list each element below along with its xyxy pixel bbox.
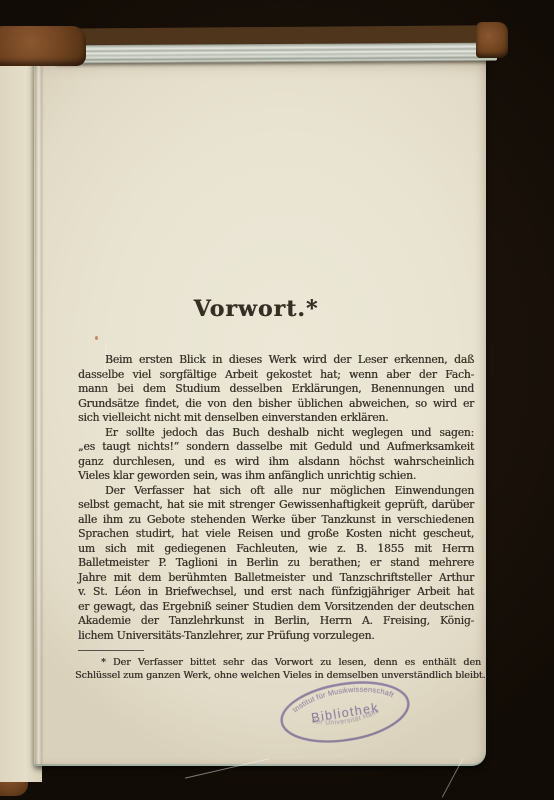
text-line: „es taugt nichts!“ sondern dasselbe mit … <box>78 440 474 455</box>
text-line: er gewagt, das Ergebniß seiner Studien d… <box>78 600 474 615</box>
text-line: * Der Verfasser bittet sehr das Vorwort … <box>75 656 481 669</box>
text-line: Balletmeister P. Taglioni in Berlin zu b… <box>78 556 474 571</box>
text-line: ganz durchlesen, und es wird ihm alsdann… <box>78 455 474 470</box>
footnote: * Der Verfasser bittet sehr das Vorwort … <box>75 656 481 683</box>
text-line: sich vielleicht nicht mit denselben einv… <box>78 411 474 426</box>
text-line: Er sollte jedoch das Buch deshalb nicht … <box>78 426 474 441</box>
text-line: Beim ersten Blick in dieses Werk wird de… <box>78 353 474 368</box>
leather-corner-top-right <box>476 22 508 58</box>
body-text: Beim ersten Blick in dieses Werk wird de… <box>78 353 474 643</box>
book-scan-background: Vorwort.* Beim ersten Blick in dieses We… <box>0 0 554 800</box>
page-title: Vorwort.* <box>34 296 478 322</box>
scratch-mark <box>442 758 464 797</box>
text-line: alle ihm zu Gebote stehenden Werke über … <box>78 513 474 528</box>
page-stack-edge <box>56 43 497 64</box>
library-stamp: Institut für Musikwissenschaft Bibliothe… <box>273 671 417 754</box>
text-line: Schlüssel zum ganzen Werk, ohne welchen … <box>75 669 481 682</box>
paragraph: Er sollte jedoch das Buch deshalb nicht … <box>78 426 474 484</box>
text-line: Der Verfasser hat sich oft alle nur mögl… <box>78 484 474 499</box>
foxing-spot <box>95 336 98 340</box>
text-line: Akademie der Tanzlehrkunst in Berlin, He… <box>78 614 474 629</box>
text-line: lichem Universitäts-Tanzlehrer, zur Prüf… <box>78 629 474 644</box>
page-gutter-crease <box>35 56 44 764</box>
leather-corner-top-left <box>0 26 86 66</box>
footnote-separator <box>78 650 144 651</box>
text-line: selbst gemacht, hat sie mit strenger Gew… <box>78 498 474 513</box>
text-line: Jahre mit dem berühmten Balletmeister un… <box>78 571 474 586</box>
text-line: v. St. Léon in Briefwechsel, und erst na… <box>78 585 474 600</box>
paragraph: Der Verfasser hat sich oft alle nur mögl… <box>78 484 474 644</box>
text-line: um sich mit gediegenen Fachleuten, wie z… <box>78 542 474 557</box>
text-line: Sprachen studirt, hat viele Reisen und g… <box>78 527 474 542</box>
text-line: dasselbe viel sorgfältige Arbeit gekoste… <box>78 368 474 383</box>
paragraph: Beim ersten Blick in dieses Werk wird de… <box>78 353 474 426</box>
text-line: Vieles klar geworden sein, was ihm anfän… <box>78 469 474 484</box>
scratch-mark <box>185 758 269 778</box>
text-line: Grundsätze findet, die von den bisher üb… <box>78 397 474 412</box>
book-page: Vorwort.* Beim ersten Blick in dieses We… <box>34 56 486 766</box>
library-stamp-oval: Institut für Musikwissenschaft Bibliothe… <box>273 671 417 754</box>
text-line: mann bei dem Studium desselben Erklärung… <box>78 382 474 397</box>
